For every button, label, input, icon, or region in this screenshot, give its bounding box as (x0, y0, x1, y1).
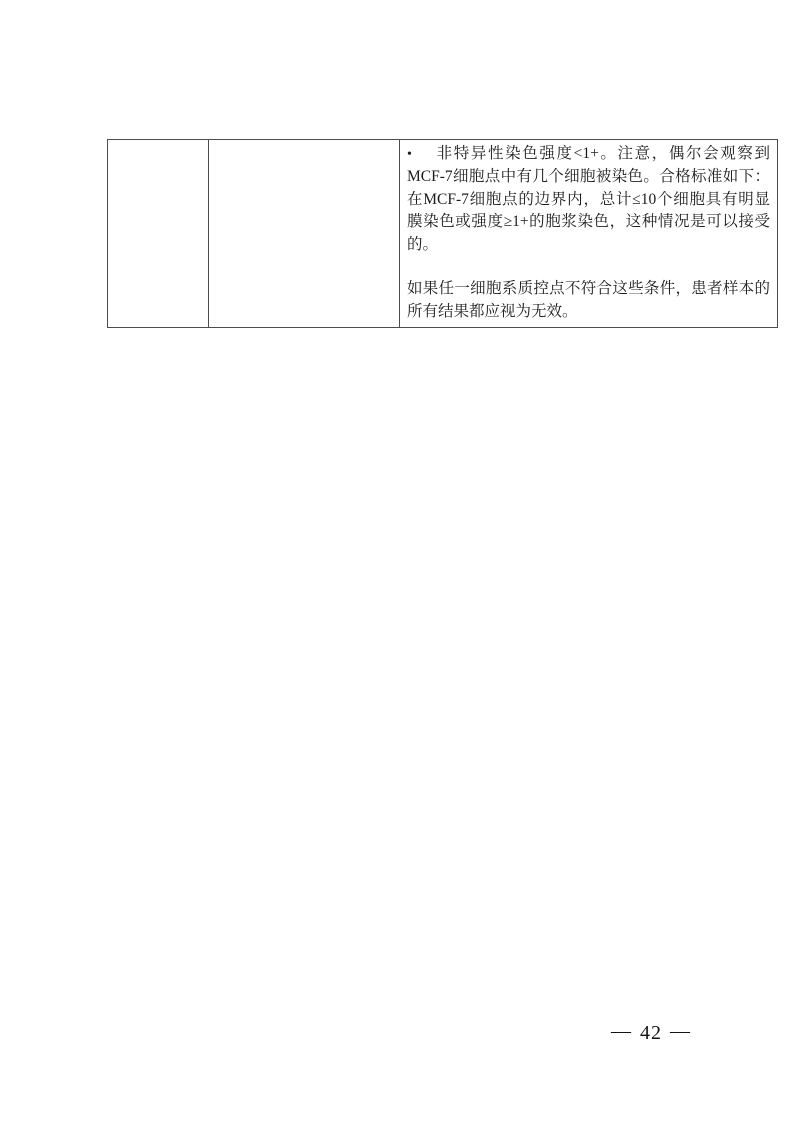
qc-criteria-table: •非特异性染色强度<1+。注意，偶尔会观察到MCF-7细胞点中有几个细胞被染色。… (107, 139, 778, 328)
page-footer: —42— (566, 1022, 736, 1045)
table-cell-criteria: •非特异性染色强度<1+。注意，偶尔会观察到MCF-7细胞点中有几个细胞被染色。… (400, 140, 778, 328)
table-cell-empty-2 (209, 140, 400, 328)
bullet-paragraph-text: 非特异性染色强度<1+。注意，偶尔会观察到MCF-7细胞点中有几个细胞被染色。合… (407, 145, 770, 253)
bullet-paragraph: •非特异性染色强度<1+。注意，偶尔会观察到MCF-7细胞点中有几个细胞被染色。… (407, 143, 770, 256)
bullet-icon: • (407, 144, 421, 166)
document-page: •非特异性染色强度<1+。注意，偶尔会观察到MCF-7细胞点中有几个细胞被染色。… (0, 0, 793, 1122)
table-cell-empty-1 (108, 140, 209, 328)
footer-left-dash: — (611, 1020, 632, 1043)
page-number: 42 (640, 1022, 662, 1045)
footer-right-dash: — (670, 1020, 691, 1043)
invalid-results-paragraph: 如果任一细胞系质控点不符合这些条件，患者样本的所有结果都应视为无效。 (407, 278, 770, 323)
table-row: •非特异性染色强度<1+。注意，偶尔会观察到MCF-7细胞点中有几个细胞被染色。… (108, 140, 778, 328)
